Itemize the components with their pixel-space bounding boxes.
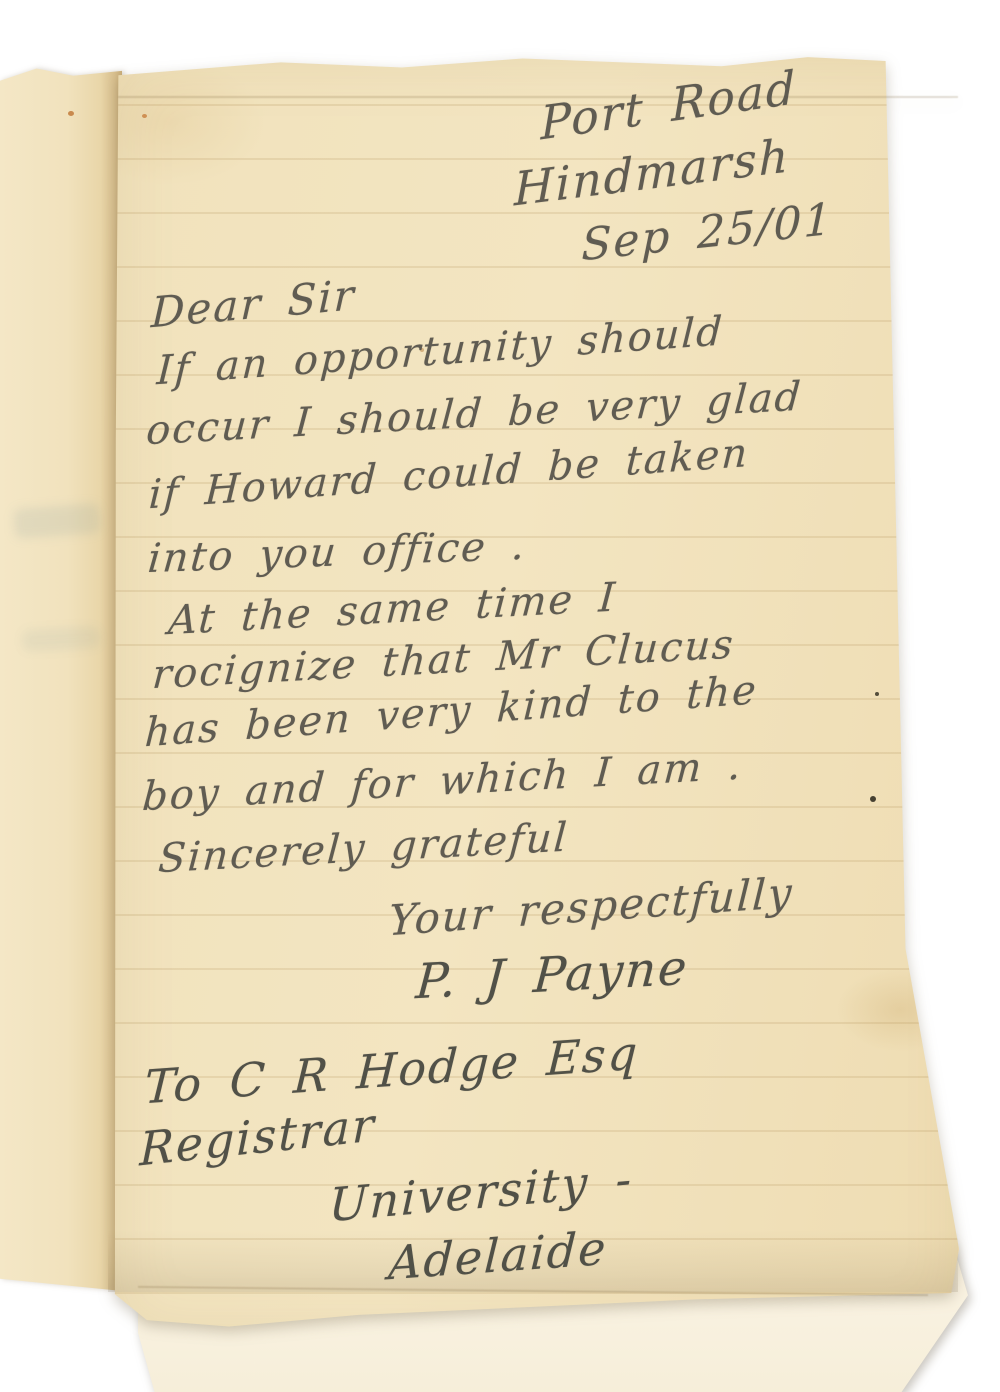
scan-background: Port Road Hindmarsh Sep 25/01 Dear Sir I… <box>0 0 1000 1392</box>
showthrough-smudge <box>13 503 101 539</box>
paper-speck <box>68 111 74 116</box>
folded-page-surface <box>0 66 122 1291</box>
folded-page-edge <box>0 66 122 1291</box>
paper-speck <box>142 114 147 118</box>
paper-speck <box>875 692 879 696</box>
letter-page: Port Road Hindmarsh Sep 25/01 Dear Sir I… <box>108 52 972 1342</box>
paper-speck <box>870 796 876 802</box>
fold-crease <box>118 96 958 98</box>
showthrough-smudge <box>21 626 100 652</box>
